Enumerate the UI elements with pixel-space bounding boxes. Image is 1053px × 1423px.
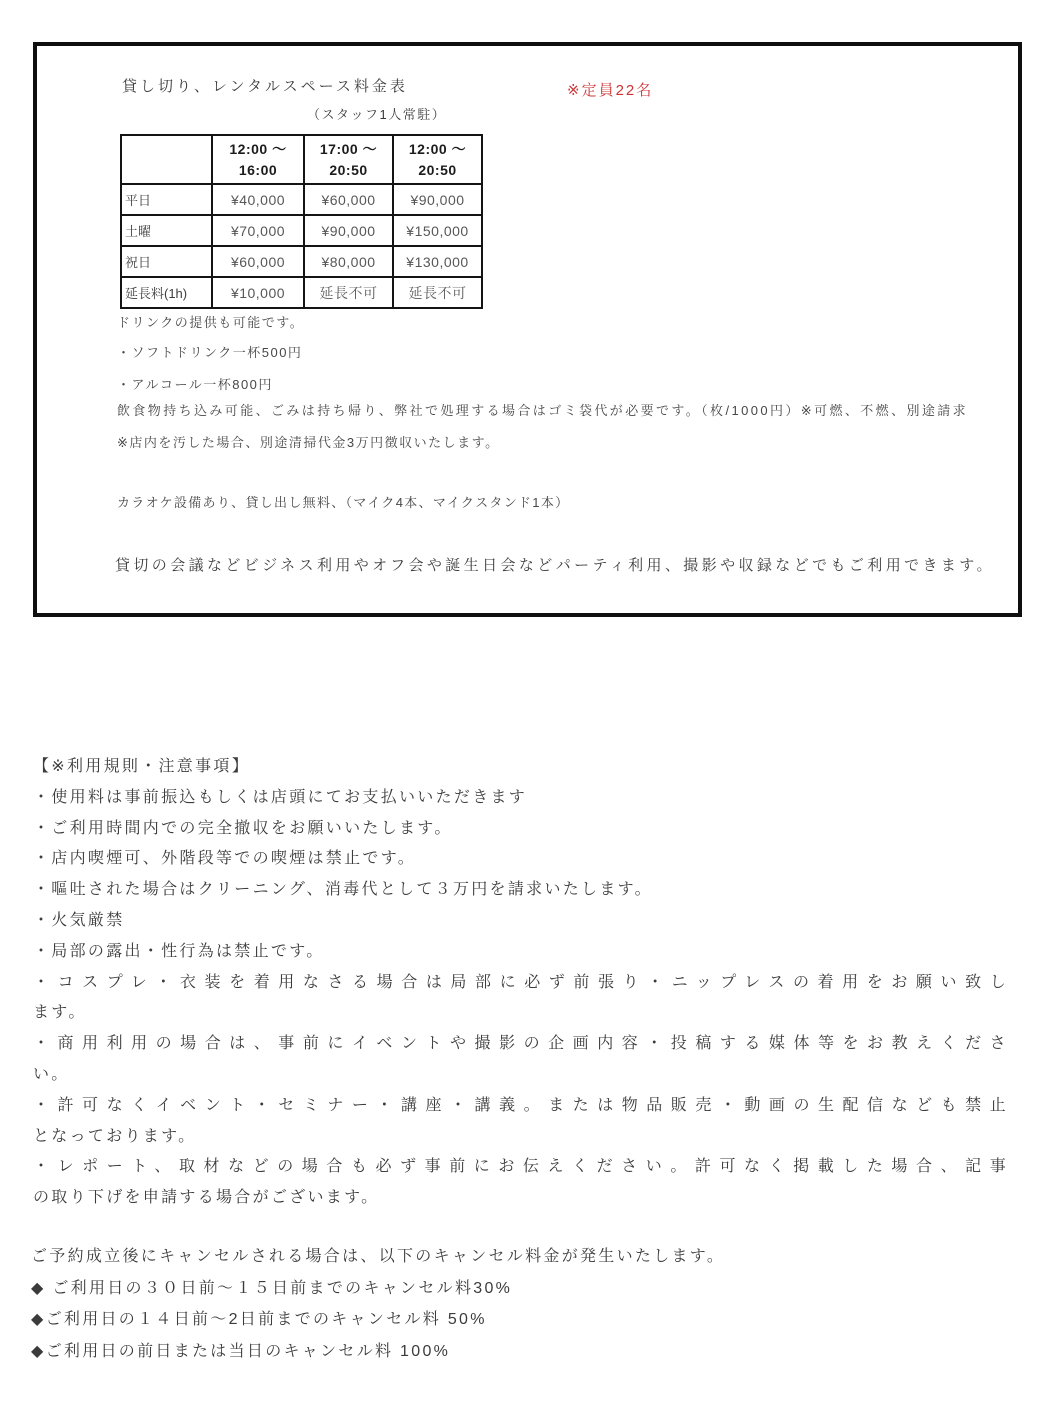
price-cell: ¥10,000 — [212, 277, 304, 308]
price-cell: ¥150,000 — [393, 215, 482, 246]
note-cleaning: ※店内を汚した場合、別途清掃代金3万円徴収いたします。 — [117, 432, 500, 451]
rule-line: の取り下げを申請する場合がございます。 — [33, 1183, 1008, 1214]
capacity-note: ※定員22名 — [567, 79, 653, 100]
time-slot-3-line1: 12:00 ～ — [409, 141, 466, 157]
price-table-header-row: 12:00 ～16:00 17:00 ～20:50 12:00 ～20:50 — [121, 135, 482, 184]
price-table: 12:00 ～16:00 17:00 ～20:50 12:00 ～20:50 平… — [120, 134, 483, 309]
rule-line: ・コスプレ・衣装を着用なさる場合は局部に必ず前張り・ニップレスの着用をお願い致し — [33, 968, 1008, 999]
rule-line: となっております。 — [33, 1122, 1008, 1153]
note-alcohol: ・アルコール一杯800円 — [117, 374, 273, 393]
time-slot-3-line2: 20:50 — [418, 162, 456, 178]
table-row-holiday: 祝日 ¥60,000 ¥80,000 ¥130,000 — [121, 246, 482, 277]
cancellation-item-1: ◆ ご利用日の３０日前～１５日前までのキャンセル料30% — [31, 1273, 1021, 1305]
table-row-extension: 延長料(1h) ¥10,000 延長不可 延長不可 — [121, 277, 482, 308]
rule-line: ・火気厳禁 — [33, 906, 1008, 937]
time-slot-header-1: 12:00 ～16:00 — [212, 135, 304, 184]
price-cell: ¥90,000 — [304, 215, 393, 246]
row-label-holiday: 祝日 — [121, 246, 212, 277]
table-row-weekday: 平日 ¥40,000 ¥60,000 ¥90,000 — [121, 184, 482, 215]
rule-line: ます。 — [33, 998, 1008, 1029]
row-label-weekday: 平日 — [121, 184, 212, 215]
cancellation-intro: ご予約成立後にキャンセルされる場合は、以下のキャンセル料金が発生いたします。 — [31, 1241, 1021, 1273]
document-page: 貸し切り、レンタルスペース料金表 ※定員22名 （スタッフ1人常駐） 12:00… — [0, 0, 1053, 1423]
time-slot-2-line2: 20:50 — [329, 162, 367, 178]
price-cell: ¥70,000 — [212, 215, 304, 246]
rules-section: 【※利用規則・注意事項】 ・使用料は事前振込もしくは店頭にてお支払いいただきます… — [33, 752, 1008, 1214]
note-usage: 貸切の会議などビジネス利用やオフ会や誕生日会などパーティ利用、撮影や収録などでも… — [115, 554, 995, 575]
rule-line: ・嘔吐された場合はクリーニング、消毒代として３万円を請求いたします。 — [33, 875, 1008, 906]
note-drinks: ドリンクの提供も可能です。 — [117, 312, 304, 331]
note-softdrink: ・ソフトドリンク一杯500円 — [117, 342, 302, 361]
price-cell: ¥130,000 — [393, 246, 482, 277]
rule-line: ・使用料は事前振込もしくは店頭にてお支払いいただきます — [33, 783, 1008, 814]
note-food: 飲食物持ち込み可能、ごみは持ち帰り、弊社で処理する場合はゴミ袋代が必要です。（枚… — [117, 400, 968, 419]
price-cell: ¥80,000 — [304, 246, 393, 277]
time-slot-header-3: 12:00 ～20:50 — [393, 135, 482, 184]
cancellation-item-2: ◆ご利用日の１４日前～2日前までのキャンセル料 50% — [31, 1304, 1021, 1336]
staff-note: （スタッフ1人常駐） — [307, 104, 446, 123]
table-row-saturday: 土曜 ¥70,000 ¥90,000 ¥150,000 — [121, 215, 482, 246]
row-label-extension: 延長料(1h) — [121, 277, 212, 308]
price-cell: ¥40,000 — [212, 184, 304, 215]
rule-line: ・レポート、取材などの場合も必ず事前にお伝えください。許可なく掲載した場合、記事 — [33, 1152, 1008, 1183]
row-label-saturday: 土曜 — [121, 215, 212, 246]
rules-heading: 【※利用規則・注意事項】 — [33, 752, 1008, 783]
cancellation-section: ご予約成立後にキャンセルされる場合は、以下のキャンセル料金が発生いたします。 ◆… — [31, 1241, 1021, 1367]
rule-line: ・店内喫煙可、外階段等での喫煙は禁止です。 — [33, 844, 1008, 875]
rule-line: い。 — [33, 1060, 1008, 1091]
price-cell: 延長不可 — [393, 277, 482, 308]
time-slot-1-line1: 12:00 ～ — [229, 141, 286, 157]
time-slot-2-line1: 17:00 ～ — [320, 141, 377, 157]
rule-line: ・許可なくイベント・セミナー・講座・講義。または物品販売・動画の生配信なども禁止 — [33, 1091, 1008, 1122]
corner-cell — [121, 135, 212, 184]
pricing-info-box: 貸し切り、レンタルスペース料金表 ※定員22名 （スタッフ1人常駐） 12:00… — [33, 42, 1022, 617]
time-slot-1-line2: 16:00 — [239, 162, 277, 178]
time-slot-header-2: 17:00 ～20:50 — [304, 135, 393, 184]
price-cell: ¥60,000 — [304, 184, 393, 215]
price-cell: ¥60,000 — [212, 246, 304, 277]
rule-line: ・商用利用の場合は、事前にイベントや撮影の企画内容・投稿する媒体等をお教えくださ — [33, 1029, 1008, 1060]
rule-line: ・ご利用時間内での完全撤収をお願いいたします。 — [33, 814, 1008, 845]
price-cell: ¥90,000 — [393, 184, 482, 215]
price-cell: 延長不可 — [304, 277, 393, 308]
pricing-title: 貸し切り、レンタルスペース料金表 — [122, 75, 408, 96]
cancellation-item-3: ◆ご利用日の前日または当日のキャンセル料 100% — [31, 1336, 1021, 1368]
note-karaoke: カラオケ設備あり、貸し出し無料、（マイク4本、マイクスタンド1本） — [117, 492, 569, 511]
rule-line: ・局部の露出・性行為は禁止です。 — [33, 937, 1008, 968]
